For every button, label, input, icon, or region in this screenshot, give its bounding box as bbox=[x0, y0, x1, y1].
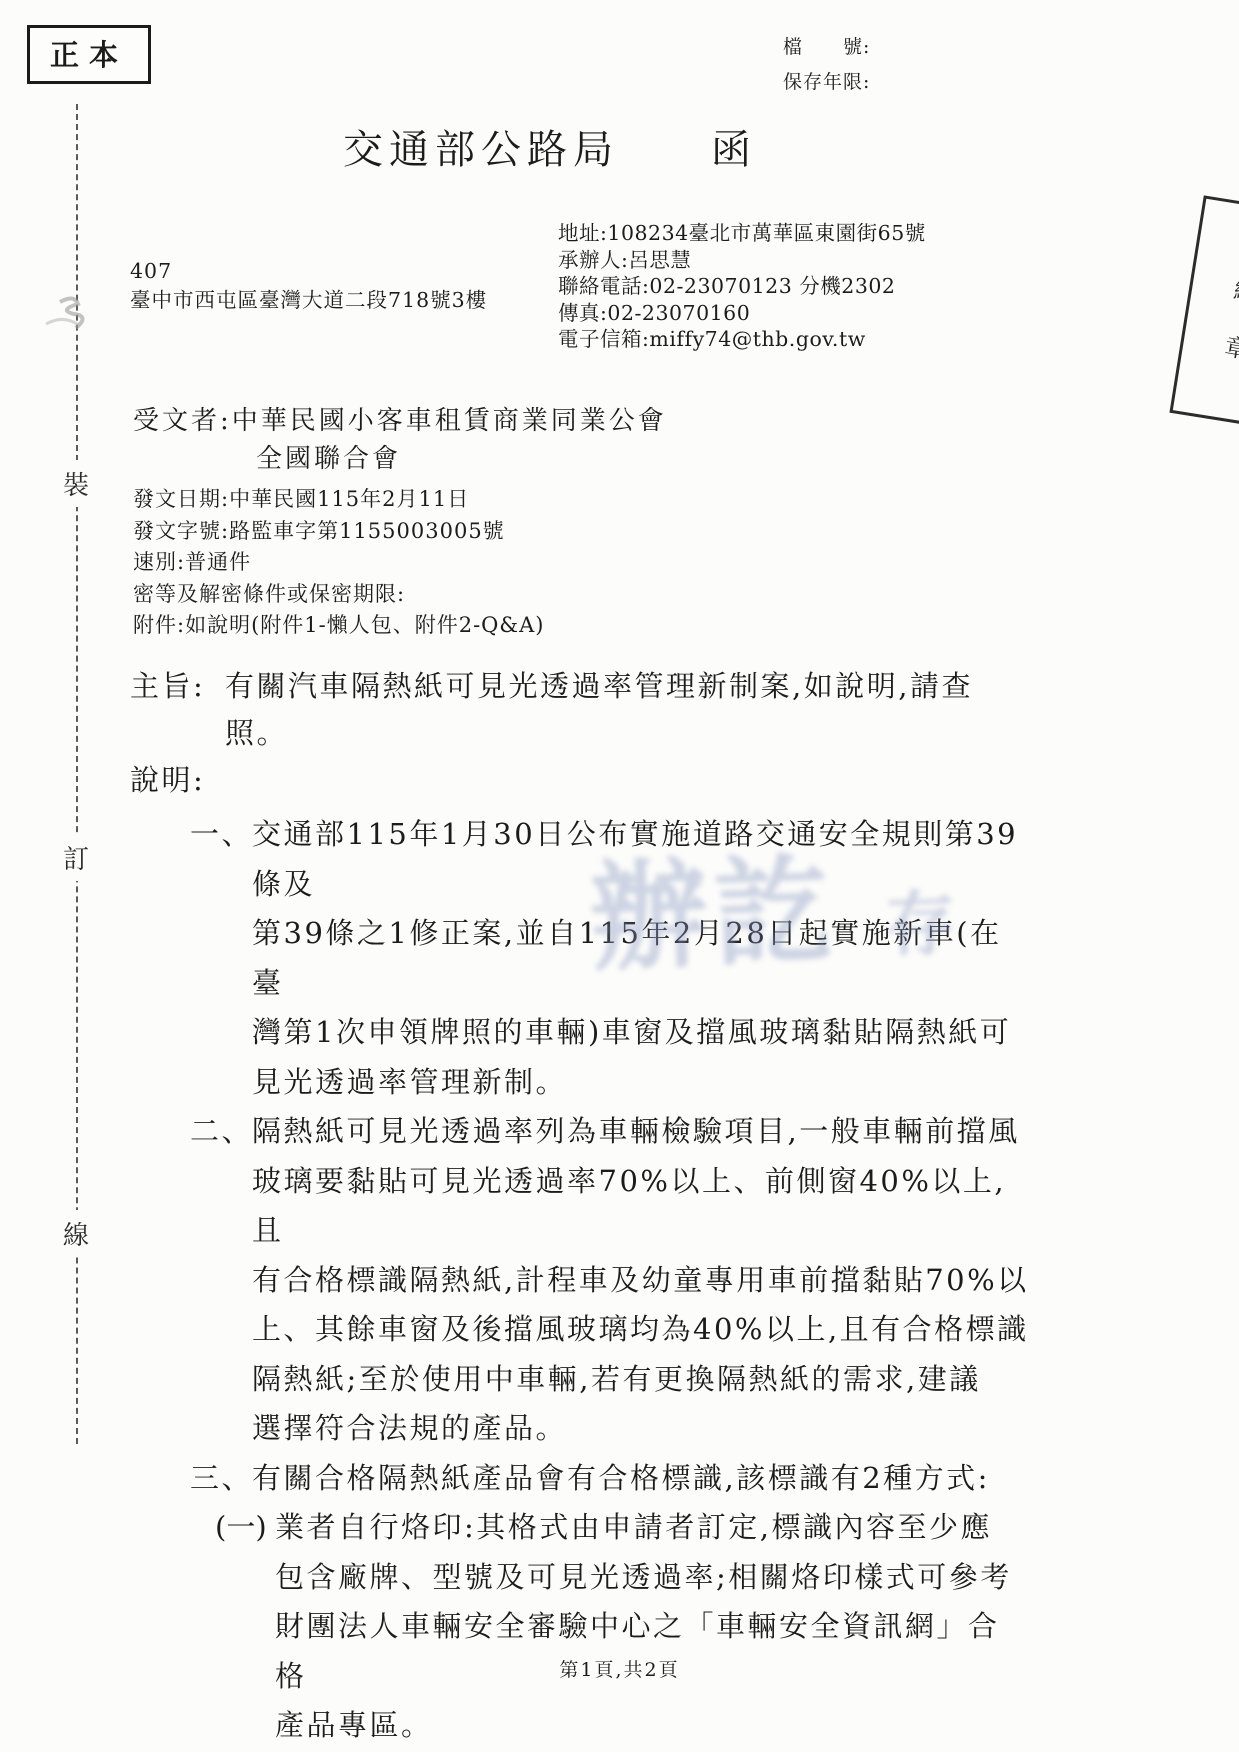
binding-char-xian: 線 bbox=[61, 1210, 91, 1257]
attachments: 附件:如說明(附件1-懶人包、附件2-Q&A) bbox=[133, 610, 544, 642]
sender-fax: 傳真:02-23070160 bbox=[558, 300, 926, 327]
sender-contact-block: 地址:108234臺北市萬華區東園街65號 承辦人:呂思慧 聯絡電話:02-23… bbox=[558, 220, 926, 353]
item-line: 有合格標識隔熱紙,計程車及幼童專用車前擋黏貼70%以 bbox=[252, 1256, 1030, 1306]
subject-paragraph: 主旨: 有關汽車隔熱紙可見光透過率管理新制案,如說明,請查 照。 bbox=[130, 663, 973, 757]
explanation-items: 一、 交通部115年1月30日公布實施道路交通安全規則第39條及 第39條之1修… bbox=[190, 810, 1030, 1751]
item-line: 選擇符合法規的產品。 bbox=[252, 1404, 1030, 1454]
item-line: 包含廠牌、型號及可見光透過率;相關烙印樣式可參考 bbox=[275, 1553, 1030, 1603]
file-number-label: 檔 號: bbox=[783, 30, 870, 65]
speed-class: 速別:普通件 bbox=[133, 547, 544, 579]
item-line: 隔熱紙可見光透過率列為車輛檢驗項目,一般車輛前擋風 bbox=[252, 1107, 1030, 1157]
item-text: 有關合格隔熱紙產品會有合格標識,該標識有2種方式: bbox=[252, 1454, 990, 1504]
recipient-line2: 全國聯合會 bbox=[256, 440, 667, 478]
item-line: 第39條之1修正案,並自115年2月28日起實施新車(在臺 bbox=[252, 909, 1030, 1008]
item-line: 有關合格隔熱紙產品會有合格標識,該標識有2種方式: bbox=[252, 1454, 990, 1504]
binding-char-zhuang: 裝 bbox=[61, 460, 91, 507]
addressee-address-block: 407 臺中市西屯區臺灣大道二段718號3樓 bbox=[130, 257, 487, 315]
document-meta-block: 發文日期:中華民國115年2月11日 發文字號:路監車字第1155003005號… bbox=[133, 484, 544, 642]
item-marker: 一、 bbox=[190, 810, 252, 1107]
original-copy-stamp: 正本 bbox=[27, 25, 151, 84]
item-line: 玻璃要黏貼可見光透過率70%以上、前側窗40%以上,且 bbox=[252, 1157, 1030, 1256]
subitem-marker: (一) bbox=[215, 1503, 275, 1751]
sender-contact-person: 承辦人:呂思慧 bbox=[558, 247, 926, 274]
issue-number: 發文字號:路監車字第1155003005號 bbox=[133, 516, 544, 548]
recipient-line1: 受文者:中華民國小客車租賃商業同業公會 bbox=[133, 402, 667, 440]
file-number-block: 檔 號: 保存年限: bbox=[783, 30, 870, 100]
recipient-block: 受文者:中華民國小客車租賃商業同業公會 全國聯合會 bbox=[133, 402, 667, 478]
explanation-label: 說明: bbox=[130, 758, 205, 799]
page-joint-seal-text: 騎縫章 bbox=[1211, 218, 1239, 395]
subject-label: 主旨: bbox=[130, 663, 225, 757]
item-line: 見光透過率管理新制。 bbox=[252, 1058, 1030, 1108]
sender-email: 電子信箱:miffy74@thb.gov.tw bbox=[558, 326, 926, 353]
addressee-street-address: 臺中市西屯區臺灣大道二段718號3樓 bbox=[130, 286, 487, 315]
addressee-postal-code: 407 bbox=[130, 257, 487, 286]
sender-address: 地址:108234臺北市萬華區東園街65號 bbox=[558, 220, 926, 247]
explanation-item-3: 三、 有關合格隔熱紙產品會有合格標識,該標識有2種方式: bbox=[190, 1454, 1030, 1504]
item-text: 隔熱紙可見光透過率列為車輛檢驗項目,一般車輛前擋風 玻璃要黏貼可見光透過率70%… bbox=[252, 1107, 1030, 1454]
item-line: 灣第1次申領牌照的車輛)車窗及擋風玻璃黏貼隔熱紙可 bbox=[252, 1008, 1030, 1058]
confidentiality: 密等及解密條件或保密期限: bbox=[133, 579, 544, 611]
retention-period-label: 保存年限: bbox=[783, 65, 870, 100]
handwritten-scribble bbox=[30, 290, 110, 370]
document-title: 交通部公路局 函 bbox=[0, 118, 1100, 175]
item-line: 業者自行烙印:其格式由申請者訂定,標識內容至少應 bbox=[275, 1503, 1030, 1553]
item-line: 產品專區。 bbox=[275, 1701, 1030, 1751]
original-copy-label: 正本 bbox=[50, 38, 128, 72]
item-marker: 三、 bbox=[190, 1454, 252, 1504]
subject-line: 照。 bbox=[225, 710, 973, 757]
page-joint-seal: 騎縫章 bbox=[1169, 195, 1239, 428]
sender-phone: 聯絡電話:02-23070123 分機2302 bbox=[558, 273, 926, 300]
item-line: 財團法人車輛安全審驗中心之「車輛安全資訊網」合格 bbox=[275, 1602, 1030, 1701]
item-line: 交通部115年1月30日公布實施道路交通安全規則第39條及 bbox=[252, 810, 1030, 909]
subject-text: 有關汽車隔熱紙可見光透過率管理新制案,如說明,請查 照。 bbox=[225, 663, 973, 757]
subject-line: 有關汽車隔熱紙可見光透過率管理新制案,如說明,請查 bbox=[225, 663, 973, 710]
item-line: 上、其餘車窗及後擋風玻璃均為40%以上,且有合格標識 bbox=[252, 1305, 1030, 1355]
explanation-item-1: 一、 交通部115年1月30日公布實施道路交通安全規則第39條及 第39條之1修… bbox=[190, 810, 1030, 1107]
item-marker: 二、 bbox=[190, 1107, 252, 1454]
issue-date: 發文日期:中華民國115年2月11日 bbox=[133, 484, 544, 516]
item-text: 交通部115年1月30日公布實施道路交通安全規則第39條及 第39條之1修正案,… bbox=[252, 810, 1030, 1107]
item-line: 隔熱紙;至於使用中車輛,若有更換隔熱紙的需求,建議 bbox=[252, 1355, 1030, 1405]
page-number: 第1頁,共2頁 bbox=[0, 1655, 1239, 1682]
explanation-item-2: 二、 隔熱紙可見光透過率列為車輛檢驗項目,一般車輛前擋風 玻璃要黏貼可見光透過率… bbox=[190, 1107, 1030, 1454]
scanned-official-letter: 正本 檔 號: 保存年限: 交通部公路局 函 裝 訂 線 地址:108234臺北… bbox=[0, 0, 1239, 1752]
binding-char-ding: 訂 bbox=[61, 834, 91, 881]
subitem-text: 業者自行烙印:其格式由申請者訂定,標識內容至少應 包含廠牌、型號及可見光透過率;… bbox=[275, 1503, 1030, 1751]
explanation-subitem-1: (一) 業者自行烙印:其格式由申請者訂定,標識內容至少應 包含廠牌、型號及可見光… bbox=[215, 1503, 1030, 1751]
